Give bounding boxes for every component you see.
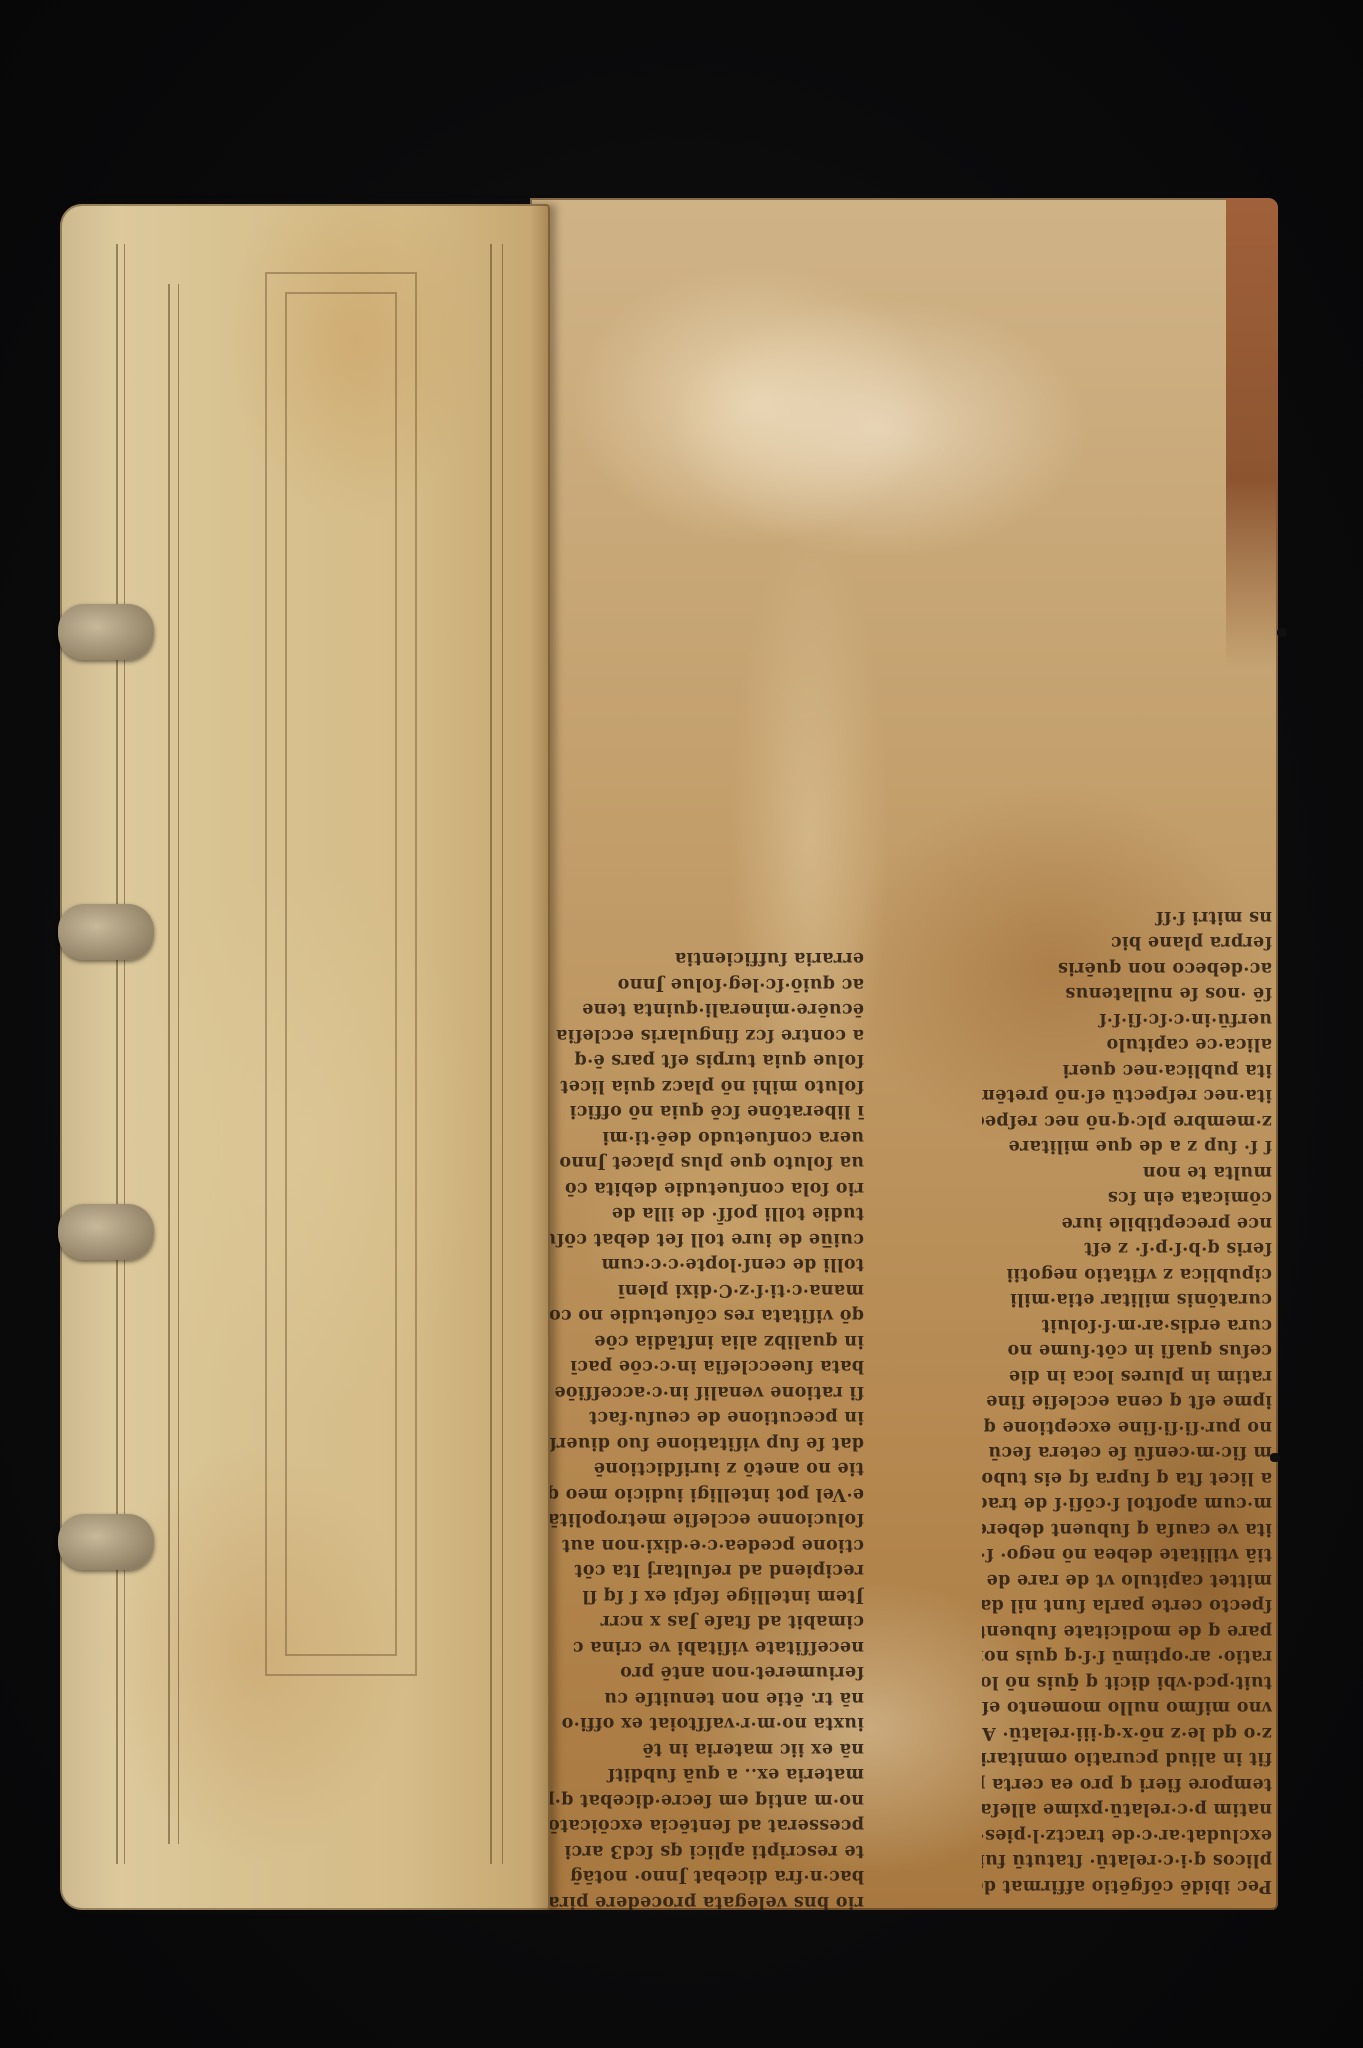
printed-line: tolli de cenſ·lopte·c·c·cum: [534, 1251, 864, 1277]
printed-line: e·Vel pot intelligi iudicio meo q: [534, 1481, 864, 1507]
vellum-spine: [60, 204, 550, 1910]
printed-line: rio bns velegata procedere pira: [534, 1889, 864, 1915]
printed-line: ēcuēre·minerali·quinta tene: [534, 996, 864, 1022]
printed-line: ita ve cauſa q ſubuent debere: [982, 1516, 1272, 1542]
spine-band: [58, 604, 154, 660]
book: rio bns velegata procedere pirabac·n·fra…: [60, 198, 1278, 1910]
printed-line: ac quiō·ſc·leg·ſolue Jnno: [534, 971, 864, 997]
spine-band: [58, 1204, 154, 1260]
printed-line: m·cum apoſtol ſ·cōſi·ſ de tractz·ſ: [982, 1490, 1272, 1516]
printed-line: ſeriumeret·non antē pro: [534, 1659, 864, 1685]
printed-line: nce preceptibile iure: [982, 1210, 1272, 1236]
spine-fold-line: [124, 244, 125, 1864]
printed-line: ratio· ar·optimū ſ·ſ·q quis non d ſ: [982, 1643, 1272, 1669]
printed-line: z·o qd le·z nō·x·q·iii·relatū· Ad tercia: [982, 1720, 1272, 1746]
printed-line: rio ſola conſuetudie debita cō: [534, 1175, 864, 1201]
printed-line: ctione pcedea·c·e·dixi·non aut: [534, 1532, 864, 1558]
printed-line: mana·c·ti·ſ·z·C·dixi plenī: [534, 1277, 864, 1303]
printed-line: dat ſe ſup viſitatione ſuo diuerſa: [534, 1430, 864, 1456]
printed-line: fit in aliud pcuratio omnitari· dicit Jn…: [982, 1745, 1272, 1771]
printed-line: ſeris q·b·ſ·p·ſ· z eſt: [982, 1235, 1272, 1261]
printed-line: tuit·pcd·vbi dicit q q̄uis nō locatio ſa: [982, 1669, 1272, 1695]
worm-hole: [1277, 628, 1287, 637]
printed-line: mittet capitulo vt de rare de ſ: [982, 1567, 1272, 1593]
printed-line: uera conſuetudo deē·ti·mi: [534, 1124, 864, 1150]
printed-line: recipiend ad reſultarj Ita cōt: [534, 1557, 864, 1583]
printed-line: uerfū·in·c·ſc·ſi·ſ·ſ: [982, 1006, 1272, 1032]
printed-line: natim p·c·relatū·pxime alleſatus qūmo: [982, 1796, 1272, 1822]
printed-line: alica·ce capitulo: [982, 1031, 1272, 1057]
printed-line: ſerpra plane bic: [982, 929, 1272, 955]
printed-line: ita publica·nec queri: [982, 1057, 1272, 1083]
printed-line: ac·debeco non quēris: [982, 955, 1272, 981]
printed-line: z·membre plc·q·nō nec reſpectū: [982, 1108, 1272, 1134]
printed-line: multa te non: [982, 1159, 1272, 1185]
printed-line: cipublica z vfitatio negotii: [982, 1261, 1272, 1287]
printed-line: cōmicata ein ſcs: [982, 1184, 1272, 1210]
fillet-line: [502, 244, 503, 1864]
printed-line: pare q de modicitate ſubuentiōe tigere: [982, 1618, 1272, 1644]
printed-line: ns mitri ſ·ſſ: [982, 904, 1272, 930]
printed-line: tie no anetō z iuriſdictionē: [534, 1455, 864, 1481]
printed-line: no·m antiq em ſecre·dicebat q·p: [534, 1787, 864, 1813]
printed-line: cimabit ad ſtaſe Jas x ncrr: [534, 1608, 864, 1634]
blind-tooled-panel-inner: [285, 292, 397, 1656]
printed-line: in pcecutione de ceuſu·fact: [534, 1404, 864, 1430]
front-board-printed-waste: rio bns velegata procedere pirabac·n·fra…: [530, 198, 1278, 1910]
printed-line: qō viſitata res cōſuetudie no co: [534, 1302, 864, 1328]
printed-line: a licet ſta q ſupra ſq eis tubo: [982, 1465, 1272, 1491]
fillet-line: [490, 244, 492, 1864]
printed-line: ſi ratione venaliſ in·c·acceſſiōe: [534, 1379, 864, 1405]
printed-line: ipme eſt q cena eccleſie ſine plurib: [982, 1388, 1272, 1414]
printed-line: materia ex.. a quā ſubditſ: [534, 1761, 864, 1787]
printed-line: cura erdis·ar·m·ſ·ſoluit: [982, 1312, 1272, 1338]
printed-line: tudie tolli poſſ̄· de illa de: [534, 1200, 864, 1226]
printed-line: ſē ·nos ſe nullatenus: [982, 980, 1272, 1006]
printed-line: pcesserat ad ſentēcia excōicatōis: [534, 1812, 864, 1838]
printed-line: a contre ſcz ſingularis eccleſia: [534, 1022, 864, 1048]
printed-line: ſpecto certe parla ſunt nil dare· de oīs: [982, 1592, 1272, 1618]
printed-line: plicos q·i·c·relatū· ſtatutū fuit ad rem…: [982, 1847, 1272, 1873]
printed-line: bata ſueeccleſia in·c·cōe pacī: [534, 1353, 864, 1379]
printed-line: nā ex iic materia in tē: [534, 1736, 864, 1762]
printed-line: ceſus quaſi in cōt·ſume no: [982, 1337, 1272, 1363]
printed-line: ua ſoluto que plus placet Jnno: [534, 1149, 864, 1175]
printed-column-right: Pec ibidē cōſgētio affirmat de boc dicen…: [982, 528, 1272, 1898]
printed-line: Jtem intellige ſeſpi ex ſ ſq ſl: [534, 1583, 864, 1609]
printed-column-left: rio bns velegata procedere pirabac·n·fra…: [534, 524, 864, 1914]
printed-line: nā tr. ētie non tenuitſe cu: [534, 1685, 864, 1711]
fillet-line: [178, 284, 179, 1844]
printed-line: ſolucionne eccleſie metropolitā: [534, 1506, 864, 1532]
printed-line: in qualibz alia inſtādia cōe: [534, 1328, 864, 1354]
printed-line: ſ ſ· ſup z a de que militare: [982, 1133, 1272, 1159]
printed-line: tempore fieri q pro ea certa pecunia pſt…: [982, 1771, 1272, 1797]
printed-line: erraria ſufficientia: [534, 945, 864, 971]
spine-fold-line: [116, 244, 118, 1864]
printed-line: no pur·ſi·ſi·ſine exceptione q ſ: [982, 1414, 1272, 1440]
printed-line: ita·nec reſpectū eſ·nō pretēm: [982, 1082, 1272, 1108]
worm-hole: [1270, 1453, 1280, 1462]
printed-line: te rescripti aplici qs ſcd3 arci: [534, 1838, 864, 1864]
printed-line: excludat·ar·c·de tractz·l·pies·Hoſtt·: [982, 1822, 1272, 1848]
printed-line: m ſic·m·cenſū ſe cetera ſecū: [982, 1439, 1272, 1465]
printed-line: ratim in plures loca in die: [982, 1363, 1272, 1389]
spine-band: [58, 904, 154, 960]
spine-band: [58, 1514, 154, 1570]
printed-line: ſolue quia turpis eſt pars ē·q: [534, 1047, 864, 1073]
water-stain: [670, 298, 1090, 558]
printed-line: tiā vtilitate debea nō nego· ſ·q: [982, 1541, 1272, 1567]
printed-line: Pec ibidē cōſgētio affirmat de boc dicen…: [982, 1873, 1272, 1899]
printed-line: ī liberatōne ſcē quia nō offici: [534, 1098, 864, 1124]
printed-line: neceſſitate viſitabi ve crina c: [534, 1634, 864, 1660]
printed-line: cuiu̅e de iure toll ſet debat cōſuet: [534, 1226, 864, 1252]
fillet-line: [168, 284, 170, 1844]
printed-line: iuxta no·m·r·vaſſtoiat ex offi·o: [534, 1710, 864, 1736]
printed-line: ſoluto mihi nō placz quia licet: [534, 1073, 864, 1099]
printed-line: bac·n·fra dicebat Jnno· notāḡ: [534, 1863, 864, 1889]
printed-line: vno miſmo nullo momento eſt·z ſic limito: [982, 1694, 1272, 1720]
printed-line: curatōnis militar etia·mili: [982, 1286, 1272, 1312]
